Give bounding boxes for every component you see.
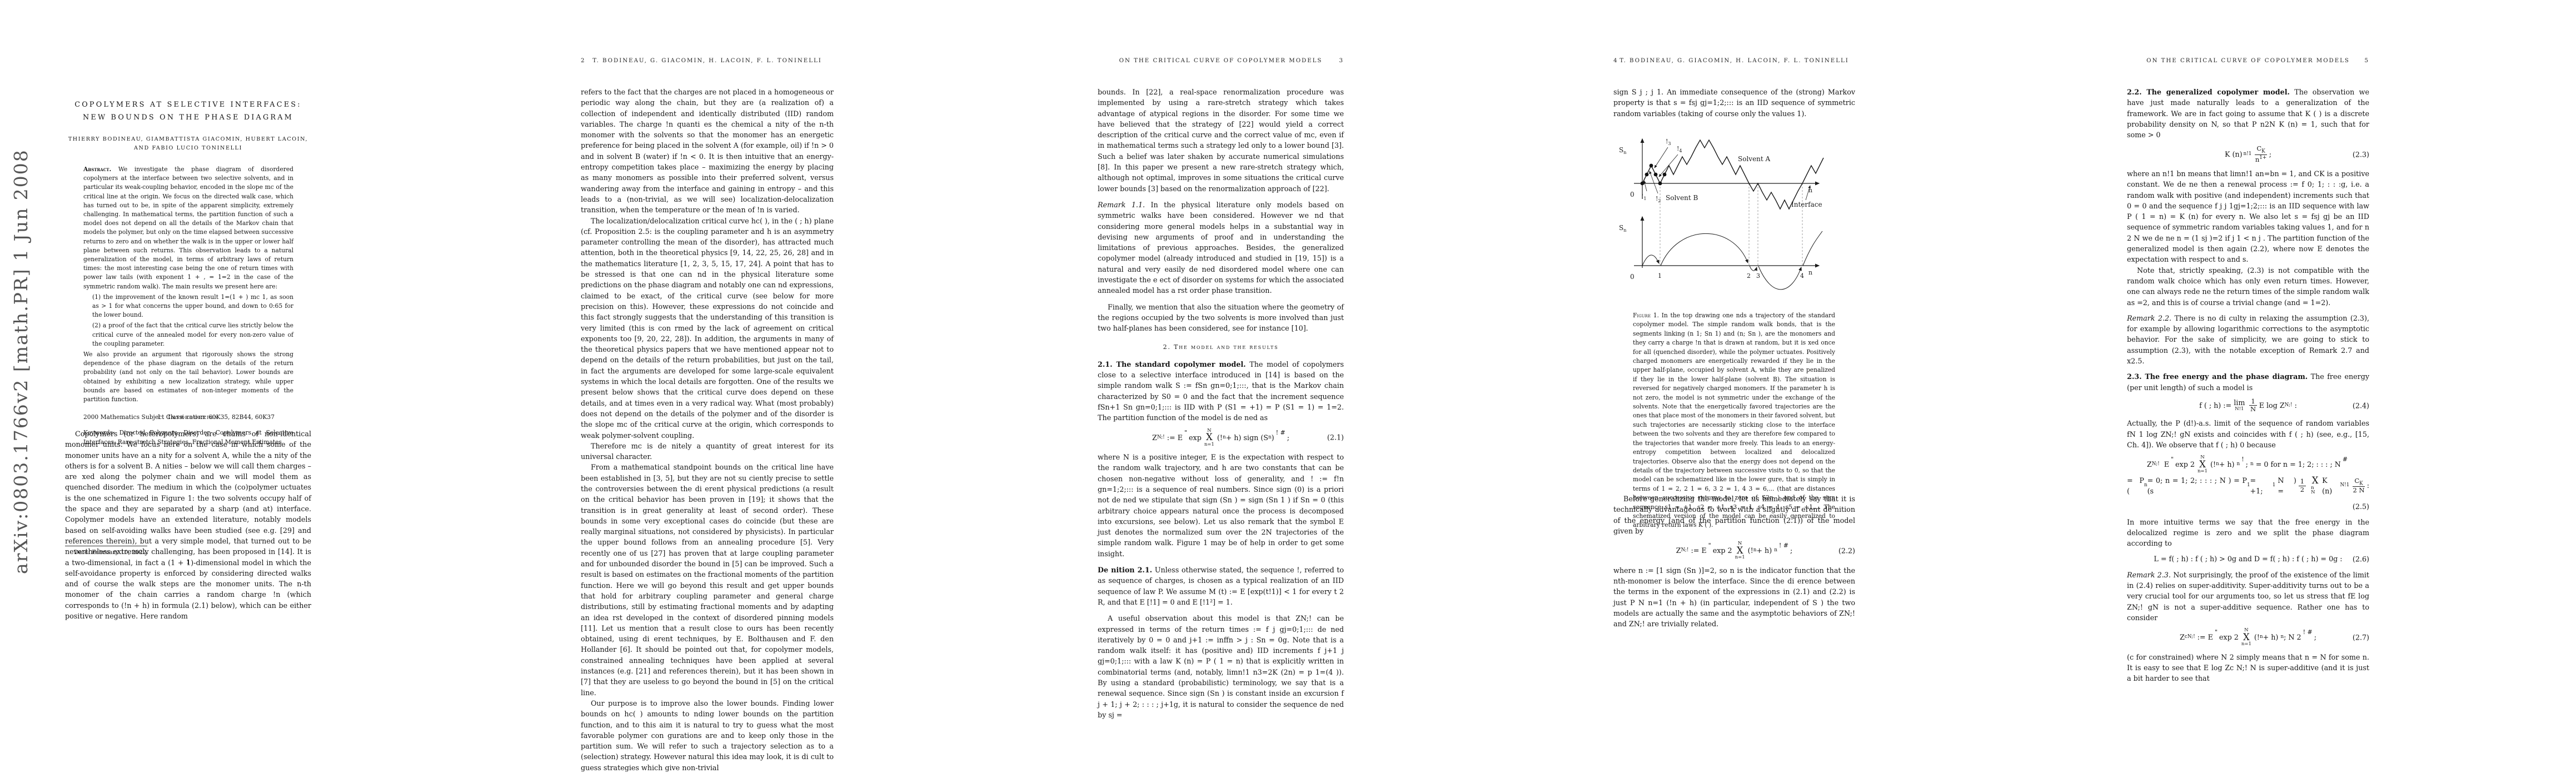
eq-term: := E — [2198, 632, 2213, 642]
eq-term: exp — [2175, 459, 2188, 470]
eq-term: ; N 2 — [2284, 632, 2301, 642]
page-1: COPOLYMERS AT SELECTIVE INTERFACES: NEW … — [65, 0, 311, 667]
equation-2-3: K (n) n!1 CKn1+ ; (2.3) — [2127, 145, 2369, 163]
omega2-label: !2 — [1656, 195, 1661, 203]
eq-sub: n — [1774, 545, 1777, 556]
frac-den: N — [2250, 406, 2256, 413]
eq-term: : — [2367, 480, 2369, 491]
page-number-5: 5 — [2365, 58, 2369, 64]
frac-num: 1 — [2249, 398, 2256, 406]
eq-term: = +1; — [2250, 475, 2270, 497]
big-delimiter: " — [1708, 540, 1711, 551]
subsection-2-3: 2.3. The free energy and the phase diagr… — [2127, 371, 2369, 393]
arxiv-stamp: arXiv:0803.1766v2 [math.PR] 1 Jun 2008 — [10, 131, 46, 592]
equation-2-4: f ( ; h) := limN!1 1N E log ZN;! : (2.4) — [2127, 398, 2369, 413]
running-head: 4 T. BODINEAU, G. GIACOMIN, H. LACOIN, F… — [1613, 58, 1855, 64]
sum-symbol: NXn=1 — [2198, 455, 2208, 474]
omega1-arrow — [1644, 181, 1647, 191]
sum-symbol: NXn=1 — [1735, 541, 1745, 560]
section-heading-model-results: 2. The model and the results — [1098, 342, 1344, 352]
page-3-body: bounds. In [22], a real-space renormaliz… — [1098, 87, 1344, 720]
page-4: 4 T. BODINEAU, G. GIACOMIN, H. LACOIN, F… — [1613, 0, 1855, 667]
monomer-dot — [1658, 182, 1662, 186]
running-head: ON THE CRITICAL CURVE OF COPOLYMER MODEL… — [1098, 58, 1344, 64]
equation-2-2: ZN;! := E " exp 2 NXn=1 (!n + h) n ! # ;… — [1613, 541, 1855, 560]
excursion-arc-1 — [1642, 255, 1659, 266]
eq-term: L = f( ; h) : f ( ; h) > 0g and D = f( ;… — [2154, 553, 2342, 564]
sum-lower: n N — [2311, 486, 2319, 495]
eq-term: ; — [1790, 545, 1792, 556]
remark-label: Remark 2.2. — [2127, 314, 2171, 322]
monomer-dot — [1663, 173, 1667, 177]
date-line: Date: February 10, 2022. — [74, 549, 148, 556]
origin-label-bottom: 0 — [1630, 273, 1635, 281]
equation-2-1: ZN;! := E " exp NXn=1 (!n + h) sign (Sn)… — [1098, 428, 1344, 447]
sum-glyph: X — [1737, 546, 1743, 556]
running-head-title: T. BODINEAU, G. GIACOMIN, H. LACOIN, F. … — [1613, 58, 1855, 64]
body-paragraph: refers to the fact that the charges are … — [581, 87, 834, 216]
definition-2-1: De nition 2.1. Unless otherwise stated, … — [1098, 565, 1344, 607]
abstract-closing: We also provide an argument that rigorou… — [83, 350, 293, 404]
excursion-dip — [1750, 266, 1757, 271]
equation-tag: (2.1) — [1327, 432, 1344, 443]
excursion-tail — [1803, 231, 1822, 266]
eq-term: exp — [2219, 632, 2232, 642]
paper-title-line1: COPOLYMERS AT SELECTIVE INTERFACES: — [65, 101, 311, 109]
eq-term: = 0; n = 1; 2; : : : ; N ) = P (s — [2148, 475, 2247, 497]
sum-symbol: NXn=1 — [1204, 428, 1214, 447]
body-paragraph: In more intuitive terms we say that the … — [2127, 517, 2369, 549]
eq-term: K (n) — [2322, 475, 2339, 497]
body-paragraph: The localization/delocalization critical… — [581, 216, 834, 441]
equation-tag: (2.3) — [2353, 149, 2369, 159]
intro-text: Copolymers (or heteropolymers) are chain… — [65, 428, 311, 621]
monomer-dot — [1650, 164, 1653, 168]
big-delimiter: # — [2343, 454, 2348, 465]
page-number-1: 1 — [65, 558, 311, 566]
eq-term: + h) — [2263, 632, 2279, 642]
sn-label-top: Sn — [1619, 146, 1626, 155]
footnote-rule — [65, 546, 147, 546]
fraction: CK2 N — [2353, 477, 2364, 495]
eq-term: + h) sign (S — [1226, 432, 1268, 443]
eq-sub: 1 — [2273, 480, 2276, 491]
equation-2-5-tag: (2.5) — [2127, 501, 2369, 512]
sum-glyph: X — [2199, 460, 2206, 470]
page-4-bottom: Before generalizing the model, let us im… — [1613, 493, 1855, 629]
subsection-2-1: 2.1. The standard copolymer model. The m… — [1098, 359, 1344, 423]
sum-glyph: X — [2312, 476, 2319, 486]
eq-term: (! — [2210, 459, 2216, 470]
section-heading-introduction: 1. Introduction — [65, 413, 311, 421]
body-paragraph: Finally, we mention that also the situat… — [1098, 302, 1344, 334]
solvent-a-label: Solvent A — [1738, 155, 1771, 163]
equation-tag: (2.2) — [1838, 545, 1855, 556]
subsection-2-2: 2.2. The generalized copolymer model. Th… — [2127, 87, 2369, 140]
eq-term: := E — [1691, 545, 1706, 556]
limit-stack: limN!1 — [2234, 400, 2245, 411]
remark-label: Remark 2.3. — [2127, 571, 2171, 579]
body-paragraph: where N is a positive integer, E is the … — [1098, 452, 1344, 559]
eq-term: ) — [1272, 432, 1274, 443]
eq-term: (! — [1217, 432, 1223, 443]
authors-line1: THIERRY BODINEAU, GIAMBATTISTA GIACOMIN,… — [65, 136, 311, 142]
tau4-tick-label: 4 — [1800, 272, 1804, 280]
sum-lower: n=1 — [1204, 442, 1214, 447]
tau2-tick-label: 2 — [1747, 272, 1751, 280]
running-head-title: T. BODINEAU, G. GIACOMIN, H. LACOIN, F. … — [581, 58, 834, 64]
sum-lower: n=1 — [1735, 555, 1745, 560]
solvent-b-label: Solvent B — [1666, 194, 1698, 202]
eq-sub: N;! — [2152, 459, 2160, 470]
body-paragraph: where n := [1 sign (Sn )]=2, so n is the… — [1613, 565, 1855, 630]
eq-sub: N;! — [1157, 432, 1165, 443]
lim-sub: N!1 — [2235, 407, 2244, 412]
excursion-arc-2 — [1661, 233, 1748, 266]
monomer-dot — [1645, 173, 1649, 177]
eq-term: E — [2164, 459, 2169, 470]
subsection-label: 2.1. The standard copolymer model. — [1098, 360, 1246, 368]
body-paragraph: Before generalizing the model, let us im… — [1613, 493, 1855, 536]
abstract-item-1: (1) the improvement of the known result … — [83, 293, 293, 320]
eq-term: ; — [2314, 632, 2316, 642]
equation-2-7: ZcN;! := E " exp 2 NXn=1 (!n + h) n ; N … — [2127, 628, 2369, 647]
body-paragraph: Actually, the P (d!)-a.s. limit of the s… — [2127, 418, 2369, 450]
remark-label: Remark 1.1. — [1098, 201, 1145, 209]
eq-term: K (n) — [2225, 149, 2243, 159]
eq-term: = 0 for n = 1; 2; : : : ; N — [2256, 459, 2341, 470]
body-paragraph: Therefore mc is de nitely a quantity of … — [581, 441, 834, 462]
equation-2-5-line2: = P (n = 0; n = 1; 2; : : : ; N ) = P (s… — [2127, 475, 2369, 497]
frac-den: 2 — [2300, 486, 2304, 493]
equation-tag: (2.6) — [2353, 553, 2369, 564]
eq-term: Z — [2147, 459, 2152, 470]
equation-2-5-line1: ZN;! E " exp 2 NXn=1 (!n + h) n ! ; n = … — [2127, 455, 2369, 474]
running-head: 2 T. BODINEAU, G. GIACOMIN, H. LACOIN, F… — [581, 58, 834, 64]
big-delimiter: " — [1184, 427, 1187, 438]
eq-term: 2 — [2190, 459, 2195, 470]
omega4-label: !4 — [1677, 145, 1682, 153]
eq-sub: n — [2250, 459, 2254, 470]
figure-1: Sn 0 n !1 !2 !3 !4 Solvent A Solvent B I… — [1615, 132, 1826, 311]
eq-sub: N;! — [1681, 545, 1689, 556]
omega1-label: !1 — [1641, 193, 1647, 201]
remark-2-3: Remark 2.3. Not surprisingly, the proof … — [2127, 570, 2369, 623]
abstract-item-2: (2) a proof of the fact that the critica… — [83, 321, 293, 348]
eq-sub: N;! — [2285, 400, 2293, 411]
monomer-dot — [1654, 173, 1658, 177]
abstract-paragraph: Abstract. We investigate the phase diagr… — [83, 165, 293, 291]
body-paragraph: where an n!1 bn means that limn!1 an=bn … — [2127, 168, 2369, 265]
sn-label-bottom: Sn — [1619, 224, 1626, 233]
eq-term: 2 — [2234, 632, 2239, 642]
paper-scan: { "stamp": "arXiv:0803.1766v2 [math.PR] … — [0, 0, 2576, 667]
sum-glyph: X — [2243, 633, 2250, 642]
body-paragraph: Note that, strictly speaking, (2.3) is n… — [2127, 265, 2369, 308]
monomer-dot — [1641, 182, 1645, 186]
definition-label: De nition 2.1. — [1098, 566, 1152, 574]
big-delimiter: ! — [2241, 454, 2244, 465]
tau1-tick-label: 1 — [1658, 272, 1662, 280]
page-number-4: 4 — [1613, 58, 1618, 64]
figure-caption-label: Figure 1. — [1633, 312, 1659, 319]
abstract-block: Abstract. We investigate the phase diagr… — [83, 165, 293, 447]
eq-term: ; — [2269, 149, 2271, 159]
tau3-tick-label: 3 — [1756, 272, 1760, 280]
fraction: CKn1+ — [2255, 145, 2266, 163]
excursion-arc-3 — [1758, 266, 1801, 290]
running-head-title: ON THE CRITICAL CURVE OF COPOLYMER MODEL… — [1098, 58, 1344, 64]
eq-sub: n — [2237, 459, 2240, 470]
sum-symbol: Xn N — [2311, 476, 2319, 495]
eq-term: (! — [1748, 545, 1753, 556]
eq-term: exp — [1189, 432, 1202, 443]
subsection-label: 2.2. The generalized copolymer model. — [2127, 88, 2290, 96]
interface-label: Interface — [1791, 201, 1822, 208]
eq-term: = P ( — [2127, 475, 2144, 497]
lim-word: lim — [2234, 400, 2245, 407]
authors-line2: AND FABIO LUCIO TONINELLI — [65, 145, 311, 151]
eq-term: Z — [1152, 432, 1157, 443]
paper-title-line2: NEW BOUNDS ON THE PHASE DIAGRAM — [65, 113, 311, 122]
page-2: 2 T. BODINEAU, G. GIACOMIN, H. LACOIN, F… — [581, 0, 834, 667]
frac-den: n1+ — [2255, 155, 2266, 163]
frac-num: CK — [2255, 145, 2266, 154]
frac-den: 2 N — [2353, 487, 2365, 494]
eq-term: N ) = — [2278, 475, 2296, 497]
page-5: ON THE CRITICAL CURVE OF COPOLYMER MODEL… — [2127, 0, 2369, 667]
big-delimiter: " — [2215, 627, 2218, 637]
sum-lower: n=1 — [2241, 642, 2251, 647]
equation-2-6: L = f( ; h) : f ( ; h) > 0g and D = f( ;… — [2127, 553, 2369, 564]
eq-term: + h) — [1756, 545, 1772, 556]
abstract-label: Abstract. — [83, 166, 111, 173]
eq-term: f ( ; h) := — [2199, 400, 2231, 411]
big-delimiter: ! # — [1779, 540, 1788, 551]
origin-label-top: 0 — [1630, 191, 1635, 198]
fraction: 12 — [2299, 478, 2306, 493]
equation-tag: (2.4) — [2353, 400, 2369, 411]
remark-text: In the physical literature only models b… — [1098, 201, 1344, 295]
sum-lower: n=1 — [2198, 469, 2208, 474]
eq-term: ; — [1287, 432, 1289, 443]
eq-term: ; — [2246, 459, 2248, 470]
subsection-text: The model of copolymers close to a selec… — [1098, 360, 1344, 422]
subsection-label: 2.3. The free energy and the phase diagr… — [2127, 372, 2308, 381]
big-delimiter: " — [2171, 454, 2174, 465]
remark-2-2: Remark 2.2. There is no di culty in rela… — [2127, 313, 2369, 366]
intro-paragraph: Copolymers (or heteropolymers) are chain… — [65, 428, 311, 621]
eq-term: (! — [2254, 632, 2260, 642]
eq-term: Z — [1676, 545, 1681, 556]
eq-term: := E — [1167, 432, 1183, 443]
body-paragraph: From a mathematical standpoint bounds on… — [581, 462, 834, 698]
body-paragraph: sign S j ; j 1. An immediate consequence… — [1613, 87, 1855, 119]
page-number-2: 2 — [581, 58, 585, 64]
eq-limit: n!1 — [2244, 149, 2252, 159]
n-label-bottom: n — [1808, 269, 1812, 276]
frac-num: CK — [2353, 477, 2364, 487]
eq-limit: N!1 — [2340, 480, 2349, 491]
sum-glyph: X — [1206, 433, 1213, 442]
abstract-text: We investigate the phase diagram of diso… — [83, 166, 293, 290]
eq-term: + h) — [2219, 459, 2235, 470]
n-label-top: n — [1808, 187, 1812, 194]
omega3-arrow — [1655, 147, 1668, 168]
equation-tag: (2.7) — [2353, 632, 2369, 642]
page-4-top: sign S j ; j 1. An immediate consequence… — [1613, 87, 1855, 119]
eq-sub: N;! — [2188, 632, 2195, 642]
body-paragraph: bounds. In [22], a real-space renormaliz… — [1098, 87, 1344, 194]
big-delimiter: ! # — [2303, 627, 2313, 637]
page-3: ON THE CRITICAL CURVE OF COPOLYMER MODEL… — [1098, 0, 1344, 667]
eq-term: E log Z — [2259, 400, 2285, 411]
frac-num: 1 — [2299, 478, 2306, 486]
running-head-title: ON THE CRITICAL CURVE OF COPOLYMER MODEL… — [2127, 58, 2369, 64]
sum-symbol: NXn=1 — [2241, 628, 2251, 647]
eq-term: exp — [1713, 545, 1726, 556]
fraction: 1N — [2249, 398, 2256, 413]
omega3-label: !3 — [1666, 138, 1671, 146]
omega4-arrow — [1659, 154, 1678, 177]
eq-term: Z — [2180, 632, 2185, 642]
eq-term: 2 — [1728, 545, 1732, 556]
remark-1-1: Remark 1.1. In the physical literature o… — [1098, 200, 1344, 296]
body-paragraph: (c for constrained) where N 2 simply mea… — [2127, 652, 2369, 684]
page-5-body: 2.2. The generalized copolymer model. Th… — [2127, 87, 2369, 684]
body-paragraph: Our purpose is to improve also the lower… — [581, 698, 834, 773]
page-2-body: refers to the fact that the charges are … — [581, 87, 834, 773]
big-delimiter: ! # — [1276, 427, 1285, 438]
page-number-3: 3 — [1339, 58, 1344, 64]
eq-term: : — [2295, 400, 2297, 411]
running-head: ON THE CRITICAL CURVE OF COPOLYMER MODEL… — [2127, 58, 2369, 64]
